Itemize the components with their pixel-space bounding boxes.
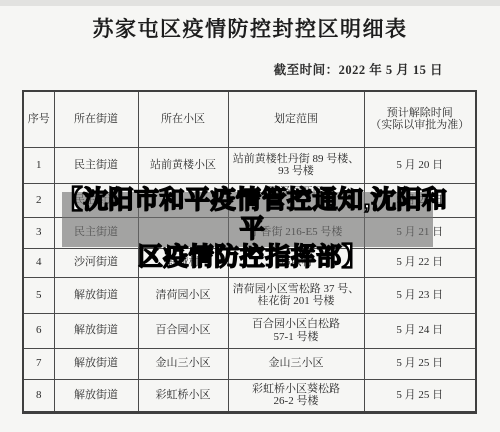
cell-scope: 彩虹桥小区葵松路 26-2 号楼 [228,379,364,412]
watermark-text: 【沈阳市和平疫情管控通知,沈阳和平 区疫情防控指挥部】 [55,186,450,272]
cell-street: 解放街道 [54,313,138,348]
cell-date: 5 月 20 日 [364,147,476,183]
cell-street: 解放街道 [54,379,138,412]
header-row: 序号 所在街道 所在小区 划定范围 预计解除时间 （实际以审批为准） [23,91,476,147]
cell-scope: 金山三小区 [228,348,364,379]
watermark-line2: 区疫情防控指挥部】 [55,243,450,272]
header-cell-no: 序号 [23,91,54,147]
cell-date: 5 月 25 日 [364,348,476,379]
photo-top-edge [0,0,500,6]
cell-no: 1 [23,147,54,183]
table-row: 1 民主街道 站前黄楼小区 站前黄楼牡丹街 89 号楼、 93 号楼 5 月 2… [23,147,476,183]
cell-no: 5 [23,277,54,313]
header-cell-street: 所在街道 [54,91,138,147]
cell-no: 6 [23,313,54,348]
cell-date: 5 月 23 日 [364,277,476,313]
cell-scope: 站前黄楼牡丹街 89 号楼、 93 号楼 [228,147,364,183]
table-row: 5 解放街道 清荷园小区 清荷园小区雪松路 37 号、 桂花街 201 号楼 5… [23,277,476,313]
cell-no: 3 [23,217,54,248]
table-row: 6 解放街道 百合园小区 百合园小区白松路 57-1 号楼 5 月 24 日 [23,313,476,348]
cell-no: 8 [23,379,54,412]
cell-no: 7 [23,348,54,379]
as-of-date: 截至时间：2022 年 5 月 15 日 [274,60,443,78]
cell-community: 彩虹桥小区 [138,379,228,412]
cell-date: 5 月 24 日 [364,313,476,348]
cell-street: 民主街道 [54,147,138,183]
table-row: 8 解放街道 彩虹桥小区 彩虹桥小区葵松路 26-2 号楼 5 月 25 日 [23,379,476,412]
cell-no: 2 [23,183,54,217]
header-cell-community: 所在小区 [138,91,228,147]
cell-street: 解放街道 [54,277,138,313]
cell-street: 解放街道 [54,348,138,379]
header-cell-scope: 划定范围 [228,91,364,147]
cell-community: 站前黄楼小区 [138,147,228,183]
cell-community: 清荷园小区 [138,277,228,313]
cell-community: 金山三小区 [138,348,228,379]
page-title: 苏家屯区疫情防控封控区明细表 [0,13,500,43]
cell-no: 4 [23,248,54,277]
cell-community: 百合园小区 [138,313,228,348]
table-row: 7 解放街道 金山三小区 金山三小区 5 月 25 日 [23,348,476,379]
watermark-line1: 【沈阳市和平疫情管控通知,沈阳和平 [55,186,450,243]
cell-scope: 百合园小区白松路 57-1 号楼 [228,313,364,348]
cell-scope: 清荷园小区雪松路 37 号、 桂花街 201 号楼 [228,277,364,313]
header-cell-release-date: 预计解除时间 （实际以审批为准） [364,91,476,147]
cell-date: 5 月 25 日 [364,379,476,412]
